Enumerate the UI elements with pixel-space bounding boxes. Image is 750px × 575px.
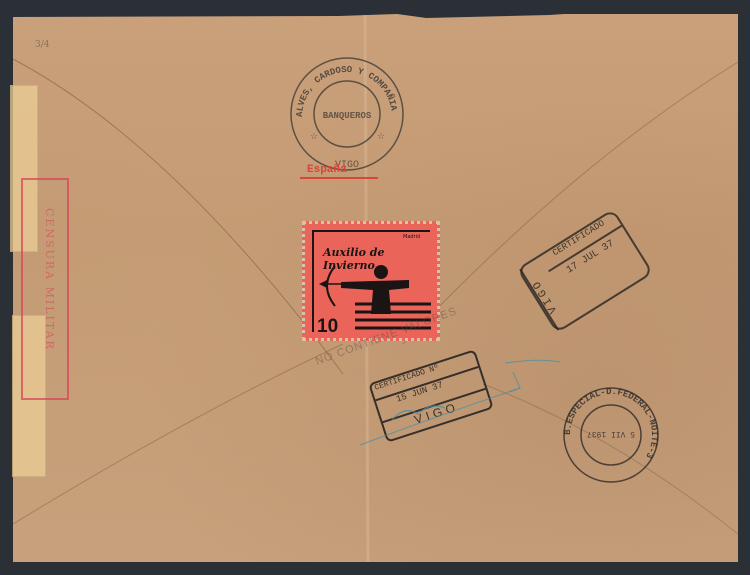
arrival-postmark-date: 5 VII 1937 (587, 429, 635, 438)
company-cachet: ALVES, CARDOSO Y COMPAÑIA VIGO BANQUEROS… (288, 55, 406, 173)
company-cachet-center: BANQUEROS (323, 111, 372, 121)
censor-mark-text: CENSURA MILITAR (36, 208, 56, 378)
country-label: España (307, 164, 347, 176)
svg-text:ALVES, CARDOSO Y COMPAÑIA: ALVES, CARDOSO Y COMPAÑIA (295, 65, 399, 117)
arrival-postmark: B.ESPECIAL-D.FEDERAL-NOITE-3 5 VII 1937 (562, 386, 660, 484)
pencil-margin-note: 3/4 (35, 40, 49, 50)
charity-stamp-value: 10 (317, 316, 338, 338)
star-icon: ☆ (310, 132, 318, 142)
svg-text:B.ESPECIAL-D.FEDERAL-NOITE-3: B.ESPECIAL-D.FEDERAL-NOITE-3 (563, 387, 659, 460)
country-label-underline (300, 177, 378, 179)
company-cachet-name: ALVES, CARDOSO Y COMPAÑIA (295, 65, 399, 117)
arrival-postmark-ring: B.ESPECIAL-D.FEDERAL-NOITE-3 (563, 387, 659, 460)
star-icon: ☆ (377, 132, 385, 142)
